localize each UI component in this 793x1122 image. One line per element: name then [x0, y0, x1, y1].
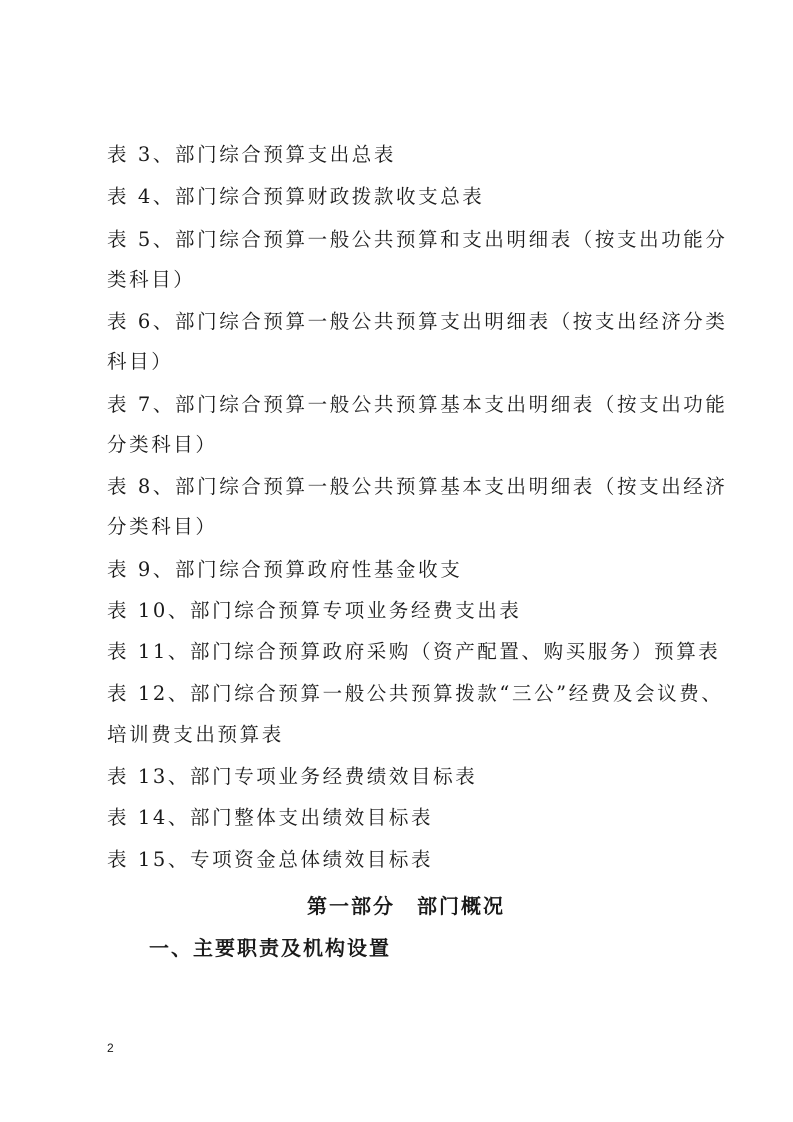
toc-line: 表 7、部门综合预算一般公共预算基本支出明细表（按支出功能: [107, 393, 728, 417]
toc-line: 表 8、部门综合预算一般公共预算基本支出明细表（按支出经济: [107, 475, 728, 499]
toc-line-continuation: 类科目）: [107, 268, 195, 292]
toc-line-continuation: 培训费支出预算表: [107, 723, 284, 747]
part-title: 第一部分 部门概况: [307, 890, 505, 919]
toc-line: 表 3、部门综合预算支出总表: [107, 143, 396, 167]
toc-line: 表 6、部门综合预算一般公共预算支出明细表（按支出经济分类: [107, 310, 728, 334]
section-title: 一、主要职责及机构设置: [149, 932, 391, 961]
toc-line-continuation: 科目）: [107, 350, 173, 374]
toc-line-continuation: 分类科目）: [107, 515, 218, 539]
toc-line: 表 15、专项资金总体绩效目标表: [107, 848, 433, 872]
toc-line: 表 13、部门专项业务经费绩效目标表: [107, 765, 477, 789]
toc-line: 表 9、部门综合预算政府性基金收支: [107, 558, 462, 582]
toc-line: 表 5、部门综合预算一般公共预算和支出明细表（按支出功能分: [107, 228, 728, 252]
toc-line: 表 4、部门综合预算财政拨款收支总表: [107, 185, 484, 209]
page-number: 2: [107, 1041, 114, 1055]
toc-line: 表 10、部门综合预算专项业务经费支出表: [107, 599, 522, 623]
toc-line: 表 12、部门综合预算一般公共预算拨款“三公”经费及会议费、: [107, 682, 723, 706]
toc-line: 表 11、部门综合预算政府采购（资产配置、购买服务）预算表: [107, 640, 720, 664]
toc-line: 表 14、部门整体支出绩效目标表: [107, 806, 433, 830]
toc-line-continuation: 分类科目）: [107, 433, 218, 457]
